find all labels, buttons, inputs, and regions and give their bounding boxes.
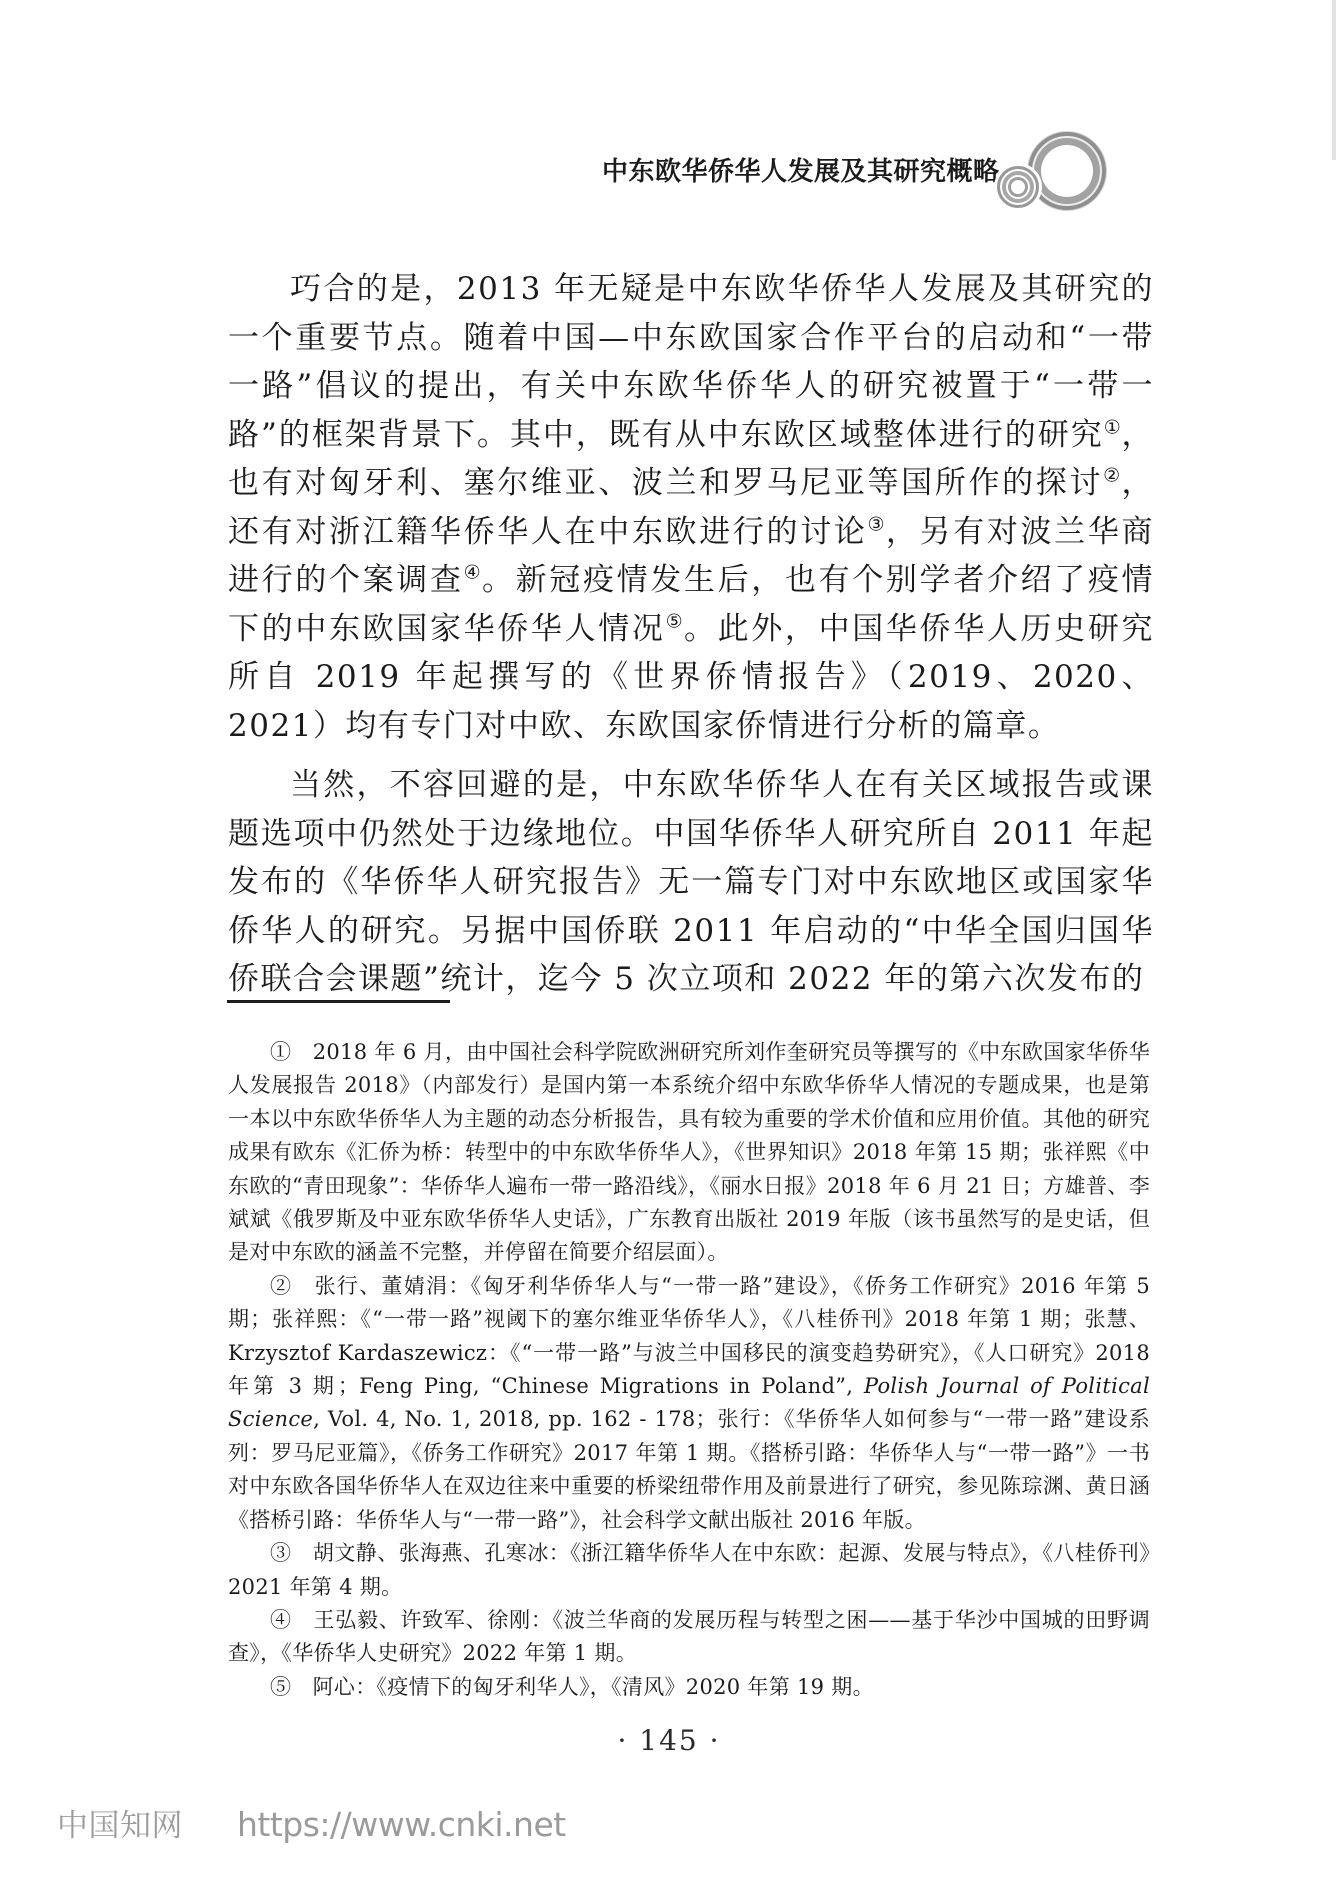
footnote-separator <box>227 1000 450 1003</box>
footnote-item: ③ 胡文静、张海燕、孔寒冰：《浙江籍华侨华人在中东欧：起源、发展与特点》，《八桂… <box>228 1537 1150 1604</box>
cnki-site-name: 中国知网 <box>57 1800 183 1845</box>
logo-small-ring-icon <box>997 166 1039 208</box>
footnotes-section: ① 2018 年 6 月，由中国社会科学院欧洲研究所刘作奎研究员等撰写的《中东欧… <box>228 1036 1150 1704</box>
footnote-item: ① 2018 年 6 月，由中国社会科学院欧洲研究所刘作奎研究员等撰写的《中东欧… <box>228 1036 1150 1270</box>
cnki-site-url: https://www.cnki.net <box>237 1805 566 1844</box>
chapter-header-title: 中东欧华侨华人发展及其研究概略 <box>602 151 1000 188</box>
body-paragraph-1: 巧合的是，2013 年无疑是中东欧华侨华人发展及其研究的一个重要节点。随着中国—… <box>228 265 1154 750</box>
main-text-block: 巧合的是，2013 年无疑是中东欧华侨华人发展及其研究的一个重要节点。随着中国—… <box>228 265 1154 1004</box>
body-paragraph-2: 当然，不容回避的是，中东欧华侨华人在有关区域报告或课题选项中仍然处于边缘地位。中… <box>228 761 1154 1004</box>
document-page: 中东欧华侨华人发展及其研究概略 巧合的是，2013 年无疑是中东欧华侨华人发展及… <box>0 0 1338 1890</box>
footnote-item: ④ 王弘毅、许致军、徐刚：《波兰华商的发展历程与转型之困——基于华沙中国城的田野… <box>228 1604 1150 1671</box>
logo-large-ring-icon <box>1028 132 1106 210</box>
scan-edge-artifact <box>1332 0 1336 160</box>
cnki-watermark: 中国知网 https://www.cnki.net <box>57 1800 566 1845</box>
footnote-item: ② 张行、董婧涓：《匈牙利华侨华人与“一带一路”建设》，《侨务工作研究》2016… <box>228 1270 1150 1537</box>
page-number: · 145 · <box>0 1724 1338 1757</box>
footnote-item: ⑤ 阿心：《疫情下的匈牙利华人》，《清风》2020 年第 19 期。 <box>228 1671 1150 1704</box>
